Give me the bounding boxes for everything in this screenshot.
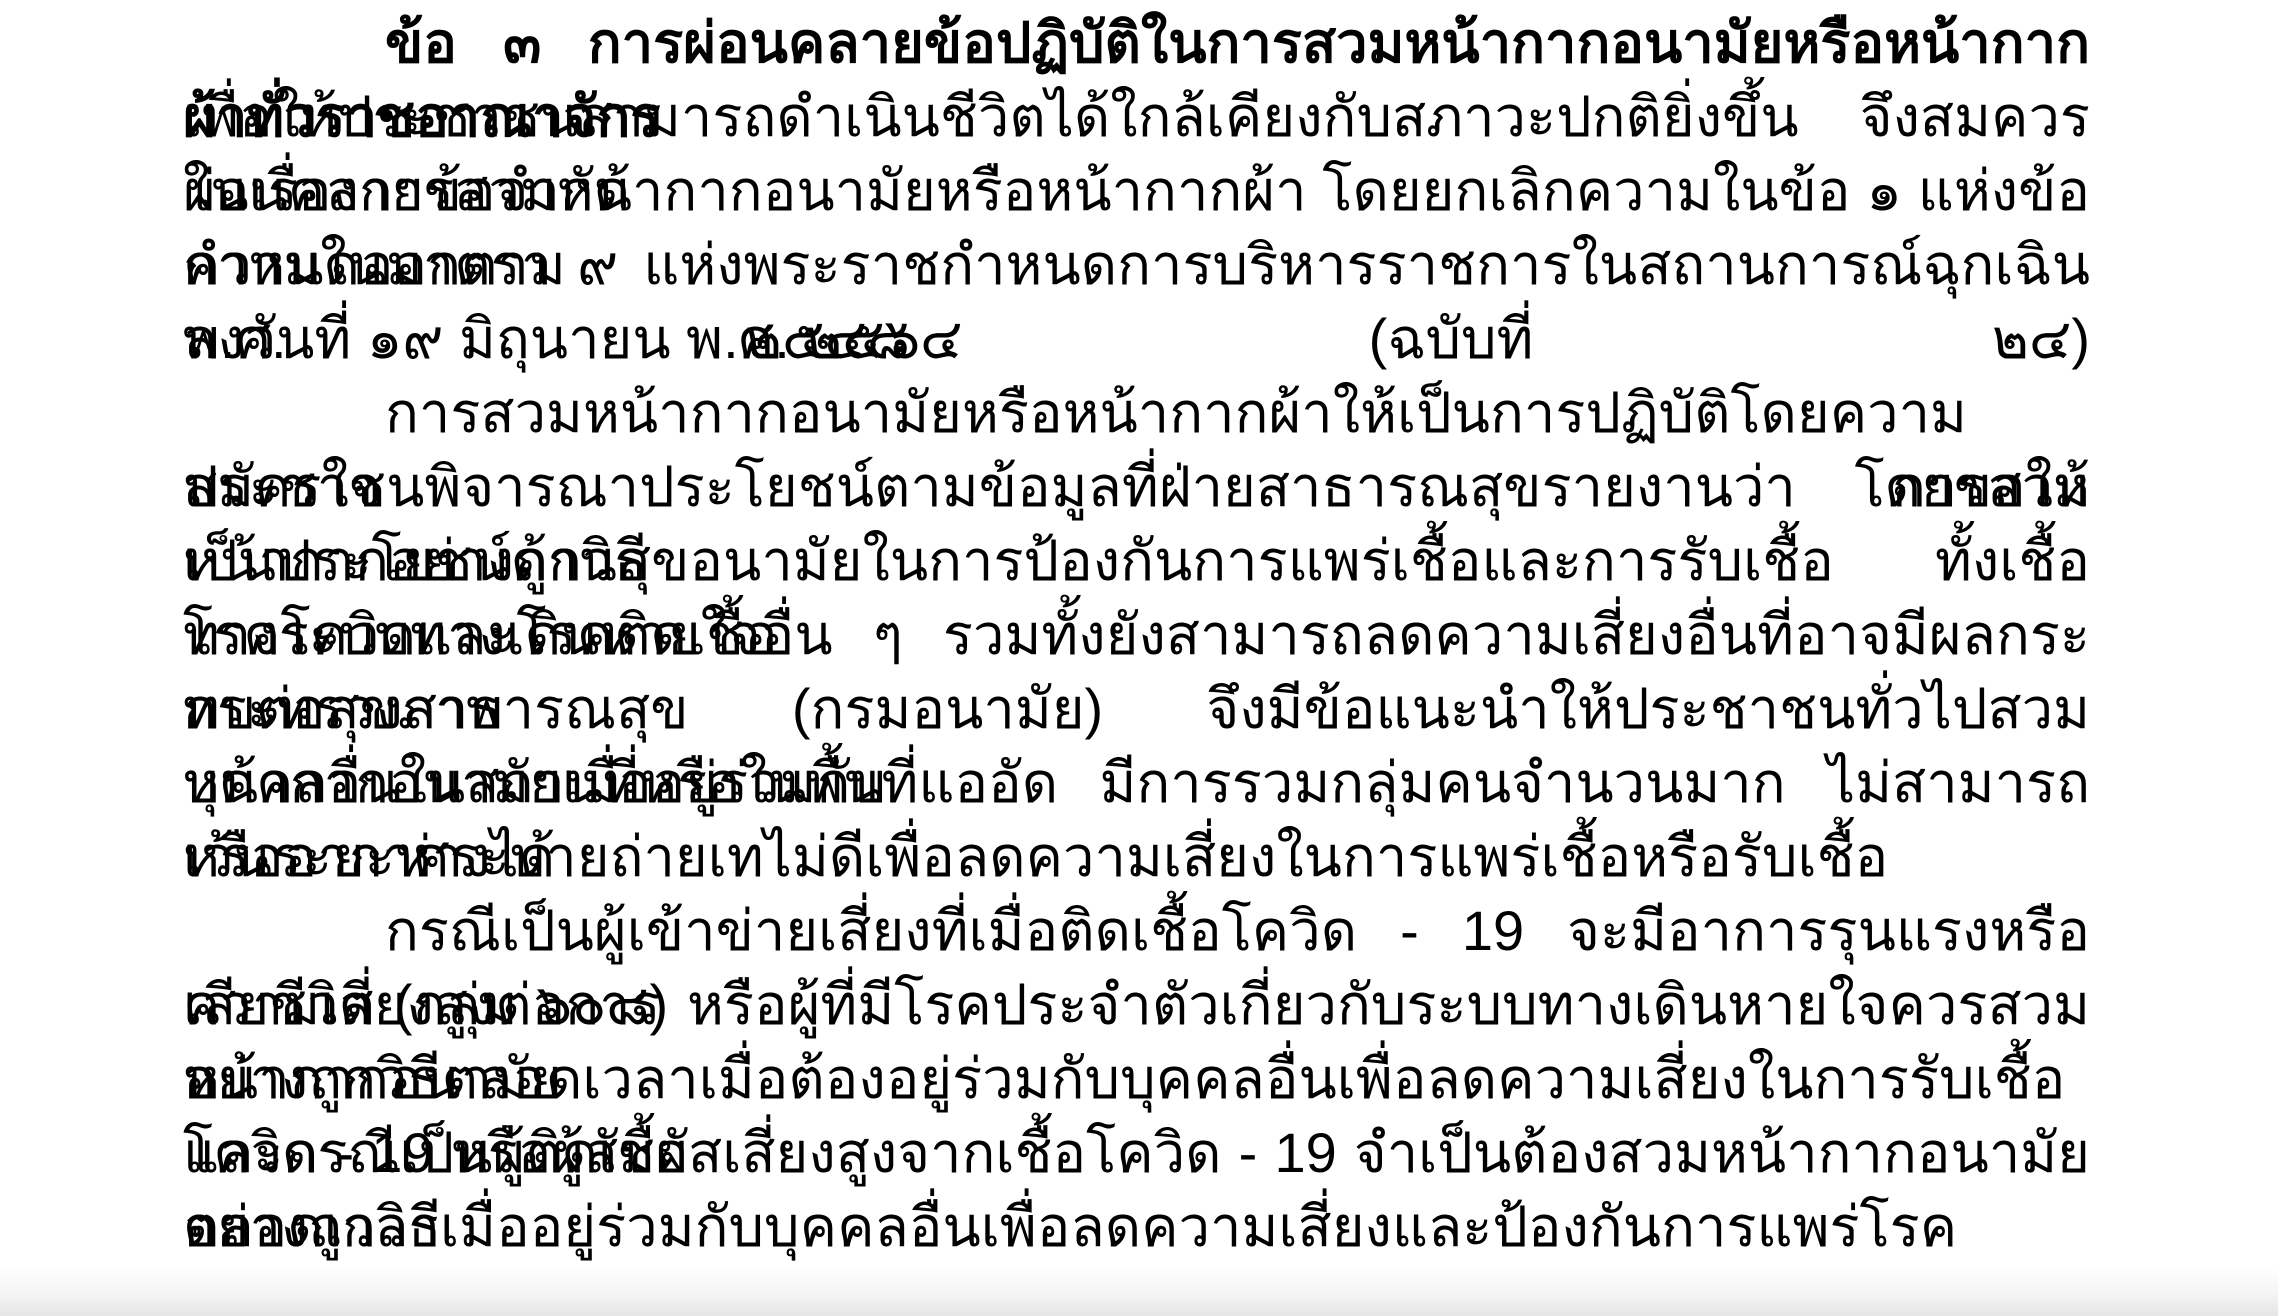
document-text-block: ข้อ ๓ การผ่อนคลายข้อปฏิบัติในการสวมหน้าก… — [183, 6, 2090, 1264]
document-line: กระทรวงสาธารณสุข (กรมอนามัย) จึงมีข้อแนะ… — [183, 672, 2090, 746]
document-line: หรืออากาศระบายถ่ายเทไม่ดีเพื่อลดความเสี่… — [183, 820, 2090, 894]
document-line: ทางระบบทางเดินหายใจอื่น ๆ รวมทั้งยังสามา… — [183, 598, 2090, 672]
document-line: โควิด - 19 หรือผู้สัมผัสเสี่ยงสูงจากเชื้… — [183, 1116, 2090, 1190]
document-line: บุคคลอื่นในสถานที่หรือในพื้นที่แออัด มีก… — [183, 746, 2090, 820]
document-line: ความในมาตรา ๙ แห่งพระราชกำหนดการบริหารรา… — [183, 228, 2090, 302]
page-bottom-shadow — [0, 1266, 2278, 1316]
document-line: การสวมหน้ากากอนามัยหรือหน้ากากผ้าให้เป็น… — [183, 376, 2090, 450]
document-line: ตลอดเวลาเมื่ออยู่ร่วมกับบุคคลอื่นเพื่อลด… — [183, 1190, 2090, 1264]
document-line: กรณีเป็นผู้เข้าข่ายเสี่ยงที่เมื่อติดเชื้… — [183, 894, 2090, 968]
section-heading: ข้อ ๓ การผ่อนคลายข้อปฏิบัติในการสวมหน้าก… — [183, 6, 2090, 80]
document-page: { "document": { "language": "th", "text_… — [0, 0, 2278, 1316]
document-page-surface: ข้อ ๓ การผ่อนคลายข้อปฏิบัติในการสวมหน้าก… — [0, 0, 2278, 1316]
document-line: เสียชีวิต (กลุ่ม ๖๐๘) หรือผู้ที่มีโรคประ… — [183, 968, 2090, 1042]
document-line: เพื่อให้ประชาชนสามารถดำเนินชีวิตได้ใกล้เ… — [183, 80, 2090, 154]
document-line: อย่างถูกวิธีตลอดเวลาเมื่อต้องอยู่ร่วมกับ… — [183, 1042, 2090, 1116]
document-line: ในเรื่องการสวมหน้ากากอนามัยหรือหน้ากากผ้… — [183, 154, 2090, 228]
document-line: เป็นประโยชน์ด้านสุขอนามัยในการป้องกันการ… — [183, 524, 2090, 598]
document-line: ประชาชนพิจารณาประโยชน์ตามข้อมูลที่ฝ่ายสา… — [183, 450, 2090, 524]
